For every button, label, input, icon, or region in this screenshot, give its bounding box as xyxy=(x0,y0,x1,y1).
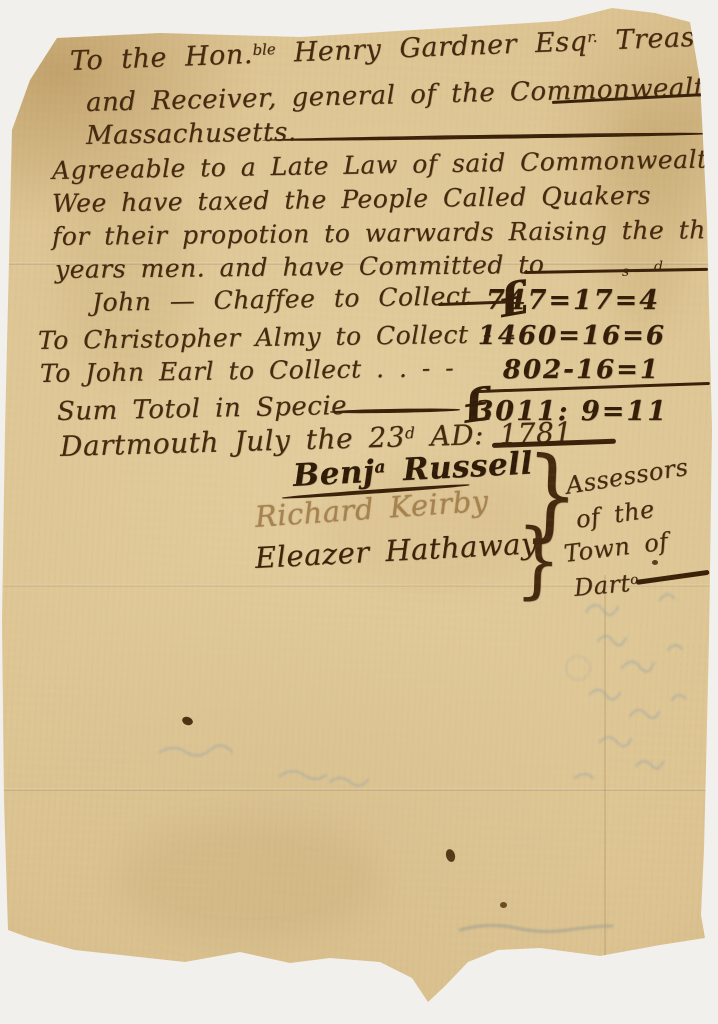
paper-blotch xyxy=(120,820,380,940)
address-line-2: and Receiver, general of the Commonwealt… xyxy=(86,71,718,118)
document-paper: To the Hon.ble Henry Gardner Esqr. Treas… xyxy=(0,0,718,1024)
amount-earl: 802-16=1 xyxy=(503,355,660,385)
ink-stain xyxy=(444,848,456,863)
trailing-dash xyxy=(524,268,708,274)
body-line-2: Wee have taxed the People Called Quakers xyxy=(52,181,651,218)
ink-stain xyxy=(652,560,658,565)
collect-row-earl: To John Earl to Collect . . - - xyxy=(40,353,455,388)
attestation-line-1: Assessors xyxy=(564,453,690,500)
signature-hathaway: Eleazer Hathaway xyxy=(254,526,539,575)
address-line-1-end: Treasurer, xyxy=(597,19,718,56)
signature-russell-pre: Benj xyxy=(292,454,375,494)
signature-keirby: Richard Keirby xyxy=(254,484,490,534)
amount-almy: 1460=16=6 xyxy=(478,321,666,351)
amount-chaffee: 747=17=4 xyxy=(486,285,660,316)
signature-russell-post: Russell xyxy=(385,445,534,489)
body-line-4: years men. and have Committed to xyxy=(55,250,545,284)
address-line-1-text: To the Hon. xyxy=(69,39,253,77)
collect-row-almy: To Christopher Almy to Collect - - xyxy=(38,319,516,355)
date-superscript-d: d xyxy=(405,424,415,442)
fold-crease xyxy=(0,788,718,791)
attestation-brace-lower: } xyxy=(515,512,563,610)
pence-mark: d xyxy=(654,259,663,275)
collect-row-chaffee: John — Chaffee to Collect xyxy=(92,281,471,317)
address-superscript-r: r. xyxy=(587,28,598,46)
scan-background: To the Hon.ble Henry Gardner Esqr. Treas… xyxy=(0,0,718,1024)
dash-to-total xyxy=(330,408,460,414)
sum-total-label: Sum Totol in Specie xyxy=(57,391,348,427)
address-line-1-mid: Henry Gardner Esq xyxy=(275,26,588,69)
body-line-1: Agreeable to a Late Law of said Commonwe… xyxy=(52,144,718,185)
ink-stain xyxy=(500,902,507,908)
body-line-3: for their propotion to warwards Raising … xyxy=(52,215,718,251)
signature-russell-sup: a xyxy=(374,457,386,478)
attestation-dart: Dart xyxy=(573,569,632,602)
address-superscript-ble: ble xyxy=(252,40,276,59)
address-line-1: To the Hon.ble Henry Gardner Esqr. Treas… xyxy=(69,19,718,77)
dart-flourish-dash xyxy=(636,570,710,585)
attestation-line-4: Darto xyxy=(573,568,640,602)
fold-crease xyxy=(604,575,606,1005)
underline-flourish xyxy=(262,132,708,142)
shillings-mark: s xyxy=(622,264,629,280)
attestation-line-2: of the xyxy=(574,495,656,534)
ink-stain xyxy=(181,715,194,726)
address-line-3: Massachusetts. xyxy=(86,117,297,151)
